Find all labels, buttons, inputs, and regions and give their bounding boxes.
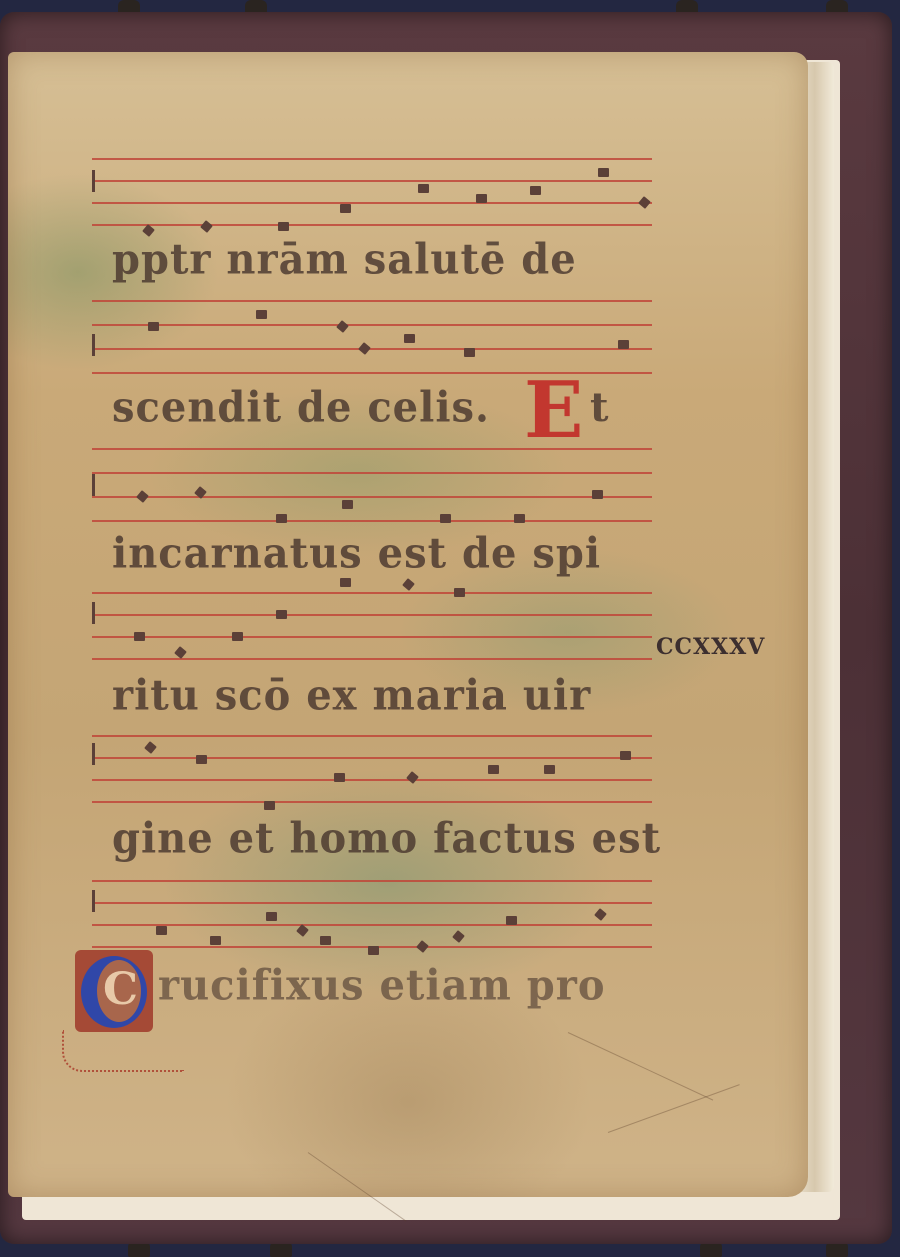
lyric-line: scendit de celis. [112,383,672,432]
music-staff [92,735,652,801]
initial-glyph: C [103,964,138,1015]
c-clef [92,743,105,765]
c-clef [92,890,105,912]
music-staff [92,880,652,946]
lyric-line: ritu scō ex maria uir [112,671,672,720]
red-initial-letter: E [524,372,583,450]
parchment-crack [568,1032,713,1101]
lyric-line: gine et homo factus est [112,814,672,863]
c-clef [92,334,105,356]
lyric-line: pptr nrām salutē de [112,235,672,284]
music-staff [92,592,652,658]
music-staff [92,300,652,366]
c-clef [92,170,105,192]
music-staff [92,158,652,224]
decorated-initial-letter: C [75,950,153,1032]
parchment-crack [608,1084,740,1133]
c-clef [92,602,105,624]
lyric-line: incarnatus est de spi [112,529,672,578]
lyric-line: rucifixus etiam pro [158,961,718,1010]
c-clef [92,474,105,496]
folio-number: CCXXXV [656,634,765,660]
music-staff [92,448,652,514]
lyric-fragment: t [590,384,608,431]
penwork-flourish [62,1030,184,1072]
